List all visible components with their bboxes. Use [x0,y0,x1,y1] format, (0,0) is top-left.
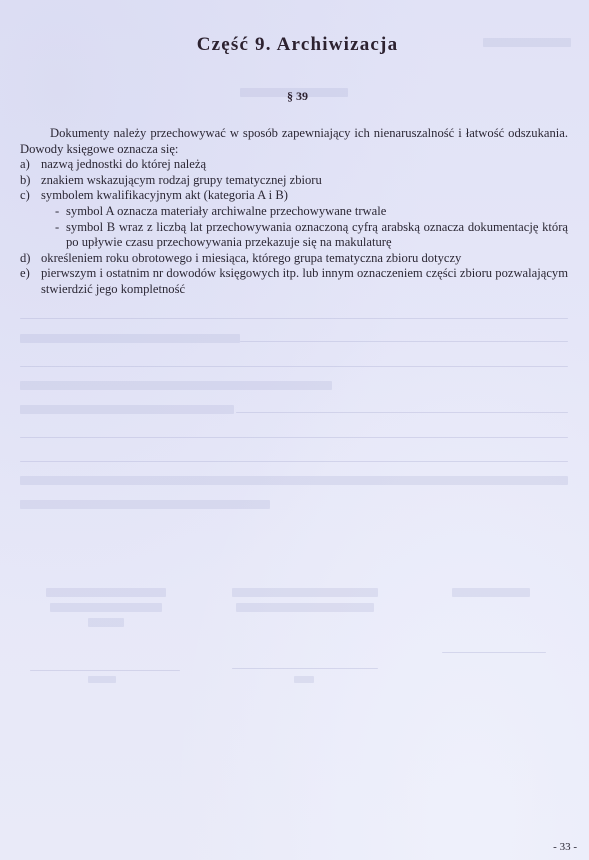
marking-list: a) nazwą jednostki do której należą b) z… [20,157,568,297]
list-item-text: symbolem kwalifikacyjnym akt (kategoria … [41,188,288,202]
list-item-text: określeniem roku obrotowego i miesiąca, … [41,251,461,265]
sublist-marker: - [55,204,59,220]
sublist-marker: - [55,220,59,236]
intro-paragraph: Dokumenty należy przechowywać w sposób z… [20,126,568,157]
bleed-through-rule [236,412,568,413]
list-marker: b) [20,173,31,189]
bleed-through-rule [20,437,568,438]
document-page: Część 9. Archiwizacja § 39 Dokumenty nal… [0,0,589,860]
sublist-item: - symbol A oznacza materiały archiwalne … [41,204,568,220]
bleed-through-mark [452,588,530,597]
bleed-through-mark [20,381,332,390]
bleed-through-mark [88,618,124,627]
bleed-through-rule [20,366,568,367]
sublist-item-text: symbol A oznacza materiały archiwalne pr… [66,204,386,218]
list-marker: e) [20,266,30,282]
list-marker: a) [20,157,30,173]
bleed-through-mark [50,603,162,612]
bleed-through-rule [240,341,568,342]
bleed-through-rule [232,668,378,669]
document-body: Dokumenty należy przechowywać w sposób z… [20,126,568,298]
page-title: Część 9. Archiwizacja [0,34,589,56]
list-item-text: nazwą jednostki do której należą [41,157,206,171]
section-number: § 39 [0,89,589,104]
list-item-text: znakiem wskazującym rodzaj grupy tematyc… [41,173,322,187]
sublist-item-text: symbol B wraz z liczbą lat przechowywani… [66,220,568,250]
bleed-through-mark [236,603,374,612]
bleed-through-mark [294,676,314,683]
bleed-through-mark [20,476,568,485]
list-item: a) nazwą jednostki do której należą [20,157,568,173]
sublist-item: - symbol B wraz z liczbą lat przechowywa… [41,220,568,251]
page-number: - 33 - [553,841,577,853]
bleed-through-mark [88,676,116,683]
bleed-through-mark [46,588,166,597]
bleed-through-rule [20,461,568,462]
bleed-through-rule [30,670,180,671]
bleed-through-rule [442,652,546,653]
list-item: e) pierwszym i ostatnim nr dowodów księg… [20,266,568,297]
bleed-through-mark [232,588,378,597]
list-item: b) znakiem wskazującym rodzaj grupy tema… [20,173,568,189]
bleed-through-mark [20,405,234,414]
bleed-through-rule [20,318,568,319]
bleed-through-mark [20,334,240,343]
list-marker: d) [20,251,31,267]
list-item: c) symbolem kwalifikacyjnym akt (kategor… [20,188,568,250]
list-marker: c) [20,188,30,204]
bleed-through-mark [20,500,270,509]
category-sublist: - symbol A oznacza materiały archiwalne … [41,204,568,251]
list-item: d) określeniem roku obrotowego i miesiąc… [20,251,568,267]
list-item-text: pierwszym i ostatnim nr dowodów księgowy… [41,266,568,296]
